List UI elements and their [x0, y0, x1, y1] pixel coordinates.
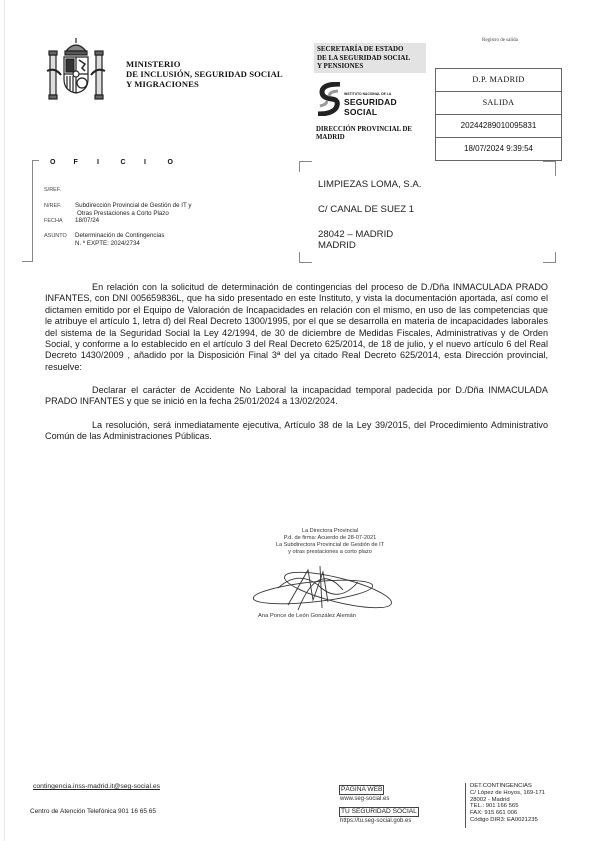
- spain-coat-of-arms-icon: [46, 37, 106, 101]
- signature-line: La Directora Provincial: [230, 528, 430, 535]
- secretaria-line: SECRETARÍA DE ESTADO: [317, 45, 423, 54]
- phone-center: Centro de Atención Telefónica 901 16 65 …: [30, 808, 156, 815]
- oficio-letter: F: [74, 159, 98, 166]
- oficio-bracket-bottom: [22, 261, 32, 262]
- footer-divider: [465, 783, 466, 828]
- asunto-line: N. º EXPTE: 2024/2734: [75, 240, 164, 248]
- paragraph-text: La resolución, será inmediatamente ejecu…: [45, 420, 548, 441]
- ministry-line: DE INCLUSIÓN, SEGURIDAD SOCIAL: [126, 69, 283, 79]
- recipient-postal-city: 28042 – MADRID: [318, 229, 393, 240]
- signature-line: La Subdirectora Provincial de Gestión de…: [230, 542, 430, 549]
- fecha-value: 18/07/24: [75, 217, 99, 225]
- ministry-name: MINISTERIO DE INCLUSIÓN, SEGURIDAD SOCIA…: [126, 59, 283, 89]
- signature-block: La Directora Provincial P.d. de firma: A…: [230, 528, 430, 556]
- registro-datetime: 18/07/2024 9:39:54: [436, 138, 561, 160]
- det-line: Código DIR3: EA0021235: [470, 817, 545, 824]
- logo-subtitle: INSTITUTO NACIONAL DE LA: [344, 92, 391, 96]
- address-corner-tr: [543, 161, 556, 176]
- seguridad-social-logo-icon: [316, 82, 342, 116]
- signature-line: P.d. de firma: Acuerdo de 28-07-2021: [230, 535, 430, 542]
- sref-label: S/REF.: [44, 187, 61, 193]
- recipient-name: LIMPIEZAS LOMA, S.A.: [318, 179, 421, 190]
- tu-seguridad-social-link[interactable]: https://tu.seg-social.gob.es: [340, 818, 411, 824]
- oficio-letter: O: [168, 159, 192, 166]
- secretaria-line: Y PENSIONES: [317, 62, 423, 71]
- nref-value: Subdirección Provincial de Gestión de IT…: [75, 202, 191, 217]
- direccion-line: DIRECCIÓN PROVINCIAL DE: [316, 126, 412, 134]
- secretaria-line: DE LA SEGURIDAD SOCIAL: [317, 54, 423, 63]
- address-corner-br: [543, 252, 556, 263]
- recipient-street: C/ CANAL DE SUEZ 1: [318, 204, 414, 215]
- det-line: DET.CONTINGENCIAS: [470, 783, 545, 790]
- signature-line: y otras prestaciones a corto plazo: [230, 549, 430, 556]
- det-line: 28002 - Madrid: [470, 797, 545, 804]
- body-paragraph-1: En relación con la solicitud de determin…: [45, 282, 548, 373]
- registro-stamp: D.P. MADRID SALIDA 20244289010095831 18/…: [435, 68, 562, 161]
- nref-label: N/REF.: [44, 203, 61, 209]
- oficio-bracket-top: [32, 160, 39, 262]
- paragraph-text: En relación con la solicitud de determin…: [45, 282, 548, 372]
- tu-seguridad-social-label: TU SEGURIDAD SOCIAL: [339, 807, 419, 817]
- logo-title: SEGURIDAD SOCIAL: [344, 97, 426, 117]
- registro-label: Registro de salida: [482, 38, 518, 43]
- body-paragraph-2: Declarar el carácter de Accidente No Lab…: [45, 385, 548, 408]
- oficio-letter: C: [121, 159, 145, 166]
- secretaria-box: SECRETARÍA DE ESTADO DE LA SEGURIDAD SOC…: [314, 43, 426, 73]
- handwritten-signature-icon: [248, 560, 408, 616]
- asunto-line: Determinación de Contingencias: [75, 232, 164, 240]
- paragraph-text: Declarar el carácter de Accidente No Lab…: [45, 385, 548, 406]
- ministry-line: Y MIGRACIONES: [126, 79, 283, 89]
- det-line: TEL.: 901 166 565: [470, 803, 545, 810]
- det-contingencias-address: DET.CONTINGENCIAS C/ López de Hoyos, 169…: [470, 783, 545, 824]
- contact-email-link[interactable]: contingencia.inss-madrid.it@seg-social.e…: [33, 783, 160, 790]
- registro-office: D.P. MADRID: [436, 69, 561, 92]
- oficio-letter: O: [50, 159, 74, 166]
- address-corner-bl: [299, 252, 312, 263]
- oficio-letter: I: [144, 159, 168, 166]
- address-corner-tl: [299, 161, 312, 172]
- direccion-line: MADRID: [316, 134, 412, 142]
- web-label: PÁGINA WEB: [339, 785, 384, 795]
- asunto-value: Determinación de Contingencias N. º EXPT…: [75, 232, 164, 247]
- det-line: C/ López de Hoyos, 169-171: [470, 790, 545, 797]
- recipient-province: MADRID: [318, 240, 356, 251]
- registro-number: 20244289010095831: [436, 115, 561, 138]
- scan-edge: [4, 0, 5, 841]
- oficio-letter: I: [97, 159, 121, 166]
- seguridad-social-logo: INSTITUTO NACIONAL DE LA SEGURIDAD SOCIA…: [316, 82, 426, 116]
- det-line: FAX: 915 661 006: [470, 810, 545, 817]
- registro-type: SALIDA: [436, 92, 561, 115]
- asunto-label: ASUNTO: [44, 233, 67, 239]
- body-paragraph-3: La resolución, será inmediatamente ejecu…: [45, 420, 548, 443]
- nref-line: Subdirección Provincial de Gestión de IT…: [75, 202, 191, 210]
- fecha-label: FECHA: [44, 218, 63, 224]
- web-url-link[interactable]: www.seg-social.es: [340, 796, 389, 802]
- signer-name: Ana Ponce de León González Alemán: [258, 613, 356, 619]
- ministry-line: MINISTERIO: [126, 59, 283, 69]
- direccion-provincial: DIRECCIÓN PROVINCIAL DE MADRID: [316, 126, 412, 142]
- oficio-title: OFICIO: [50, 159, 191, 166]
- nref-line: Otras Prestaciones a Corto Plazo: [75, 210, 191, 218]
